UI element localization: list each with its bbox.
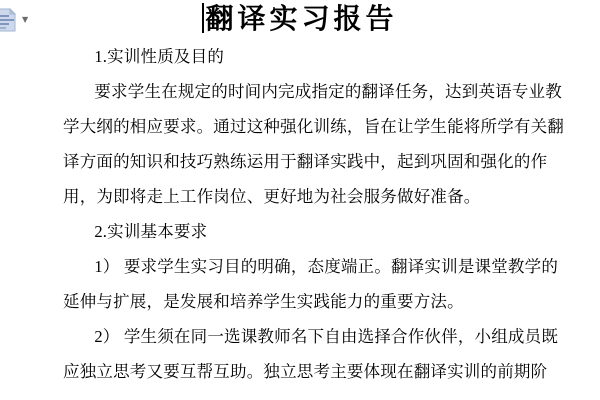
page-title: 翻译实习报告 — [0, 2, 600, 38]
doc-line: 2） 学生须在同一选课教师名下自由选择合作伙伴，小组成员既 — [63, 319, 548, 354]
doc-line: 学大纲的相应要求。通过这种强化训练，旨在让学生能将所学有关翻 — [63, 109, 548, 144]
page-title-text: 翻译实习报告 — [205, 4, 397, 35]
doc-line-heading-2: 2.实训基本要求 — [63, 214, 548, 249]
doc-line: 应独立思考又要互帮互助。独立思考主要体现在翻译实训的前期阶 — [63, 354, 548, 389]
doc-line: 延伸与扩展，是发展和培养学生实践能力的重要方法。 — [63, 284, 548, 319]
doc-line: 1） 要求学生实习目的明确，态度端正。翻译实训是课堂教学的 — [63, 249, 548, 284]
document-page: ▼ 翻译实习报告 1.实训性质及目的 要求学生在规定的时间内完成指定的翻译任务，… — [0, 0, 600, 400]
doc-line: 用，为即将走上工作岗位、更好地为社会服务做好准备。 — [63, 179, 548, 214]
document-body[interactable]: 1.实训性质及目的 要求学生在规定的时间内完成指定的翻译任务，达到英语专业教 学… — [63, 39, 548, 389]
doc-line: 译方面的知识和技巧熟练运用于翻译实践中，起到巩固和强化的作 — [63, 144, 548, 179]
doc-line: 要求学生在规定的时间内完成指定的翻译任务，达到英语专业教 — [63, 74, 548, 109]
doc-line-heading-1: 1.实训性质及目的 — [63, 39, 548, 74]
